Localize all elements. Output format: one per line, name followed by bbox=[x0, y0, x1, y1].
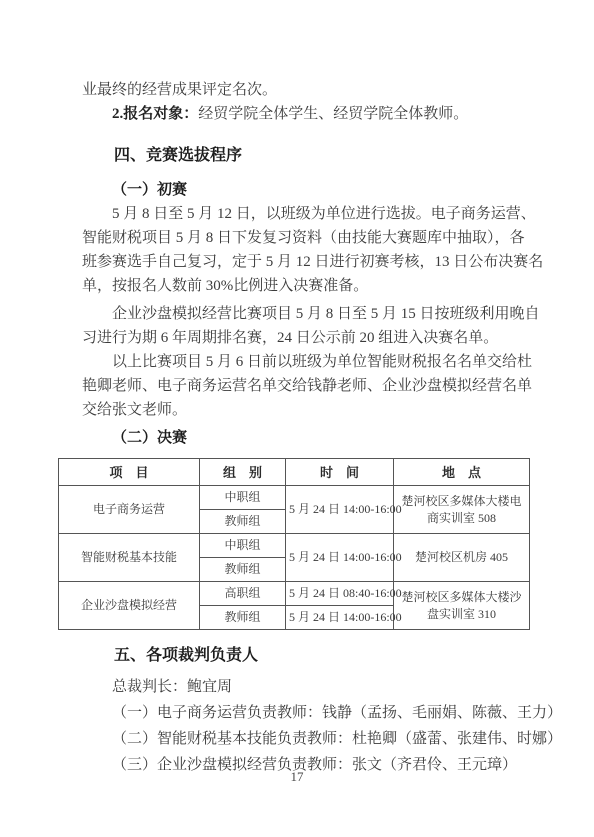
group-cell: 高职组 bbox=[200, 582, 286, 606]
paragraph-submission: 以上比赛项目 5 月 6 日前以班级为单位智能财税报名名单交给杜 艳卿老师、电子… bbox=[82, 350, 512, 422]
header-time: 时 间 bbox=[286, 459, 394, 486]
paragraph-line: 习进行为期 6 年周期排名赛，24 日公示前 20 组进入决赛名单。 bbox=[82, 326, 512, 350]
paragraph-line: 交给张文老师。 bbox=[82, 398, 512, 422]
document-content: 业最终的经营成果评定名次。 2.报名对象：经贸学院全体学生、经贸学院全体教师。 … bbox=[82, 78, 512, 778]
chief-judge-line: 总裁判长：鲍宜周 bbox=[82, 674, 512, 700]
project-cell: 电子商务运营 bbox=[59, 486, 200, 534]
judges-list: 总裁判长：鲍宜周 （一）电子商务运营负责教师：钱静（孟扬、毛丽娟、陈薇、王力） … bbox=[82, 674, 512, 778]
table-header-row: 项 目 组 别 时 间 地 点 bbox=[59, 459, 530, 486]
time-cell: 5 月 24 日 14:00-16:00 bbox=[286, 606, 394, 630]
location-cell: 楚河校区多媒体大楼沙盘实训室 310 bbox=[394, 582, 530, 630]
group-cell: 教师组 bbox=[200, 606, 286, 630]
judge-line-finance-tax: （二）智能财税基本技能负责教师：杜艳卿（盛蕾、张建伟、时娜） bbox=[82, 726, 512, 752]
paragraph-line: 5 月 8 日至 5 月 12 日，以班级为单位进行选拔。电子商务运营、 bbox=[82, 202, 512, 226]
page-number: 17 bbox=[0, 769, 594, 785]
paragraph-line: 艳卿老师、电子商务运营名单交给钱静老师、企业沙盘模拟经营名单 bbox=[82, 374, 512, 398]
time-cell: 5 月 24 日 14:00-16:00 bbox=[286, 486, 394, 534]
finals-schedule-table: 项 目 组 别 时 间 地 点 电子商务运营 中职组 5 月 24 日 14:0… bbox=[58, 458, 530, 630]
location-cell: 楚河校区机房 405 bbox=[394, 534, 530, 582]
sub-heading-preliminary: （一）初赛 bbox=[82, 178, 512, 202]
project-cell: 智能财税基本技能 bbox=[59, 534, 200, 582]
enroll-text: 经贸学院全体学生、经贸学院全体教师。 bbox=[198, 106, 468, 122]
carryover-line: 业最终的经营成果评定名次。 bbox=[82, 78, 512, 102]
section-4-heading: 四、竞赛选拔程序 bbox=[82, 144, 512, 168]
enroll-label: 2.报名对象： bbox=[112, 106, 198, 122]
time-cell: 5 月 24 日 08:40-16:00 bbox=[286, 582, 394, 606]
header-project: 项 目 bbox=[59, 459, 200, 486]
group-cell: 教师组 bbox=[200, 510, 286, 534]
paragraph-sandbox: 企业沙盘模拟经营比赛项目 5 月 8 日至 5 月 15 日按班级利用晚自 习进… bbox=[82, 302, 512, 350]
group-cell: 中职组 bbox=[200, 486, 286, 510]
header-group: 组 别 bbox=[200, 459, 286, 486]
group-cell: 中职组 bbox=[200, 534, 286, 558]
paragraph-line: 单，按报名人数前 30%比例进入决赛准备。 bbox=[82, 274, 512, 298]
project-cell: 企业沙盘模拟经营 bbox=[59, 582, 200, 630]
document-page: 业最终的经营成果评定名次。 2.报名对象：经贸学院全体学生、经贸学院全体教师。 … bbox=[0, 0, 594, 837]
paragraph-line: 以上比赛项目 5 月 6 日前以班级为单位智能财税报名名单交给杜 bbox=[82, 350, 512, 374]
table-row: 企业沙盘模拟经营 高职组 5 月 24 日 08:40-16:00 楚河校区多媒… bbox=[59, 582, 530, 606]
paragraph-preliminary: 5 月 8 日至 5 月 12 日，以班级为单位进行选拔。电子商务运营、 智能财… bbox=[82, 202, 512, 298]
section-5-heading: 五、各项裁判负责人 bbox=[82, 644, 512, 668]
paragraph-line: 班参赛选手自己复习，定于 5 月 12 日进行初赛考核，13 日公布决赛名 bbox=[82, 250, 512, 274]
group-cell: 教师组 bbox=[200, 558, 286, 582]
table-row: 电子商务运营 中职组 5 月 24 日 14:00-16:00 楚河校区多媒体大… bbox=[59, 486, 530, 510]
location-cell: 楚河校区多媒体大楼电商实训室 508 bbox=[394, 486, 530, 534]
judge-line-ecommerce: （一）电子商务运营负责教师：钱静（孟扬、毛丽娟、陈薇、王力） bbox=[82, 700, 512, 726]
time-cell: 5 月 24 日 14:00-16:00 bbox=[286, 534, 394, 582]
enroll-line: 2.报名对象：经贸学院全体学生、经贸学院全体教师。 bbox=[82, 102, 512, 126]
table-row: 智能财税基本技能 中职组 5 月 24 日 14:00-16:00 楚河校区机房… bbox=[59, 534, 530, 558]
header-location: 地 点 bbox=[394, 459, 530, 486]
paragraph-line: 智能财税项目 5 月 8 日下发复习资料（由技能大赛题库中抽取），各 bbox=[82, 226, 512, 250]
paragraph-line: 企业沙盘模拟经营比赛项目 5 月 8 日至 5 月 15 日按班级利用晚自 bbox=[82, 302, 512, 326]
sub-heading-finals: （二）决赛 bbox=[82, 426, 512, 450]
